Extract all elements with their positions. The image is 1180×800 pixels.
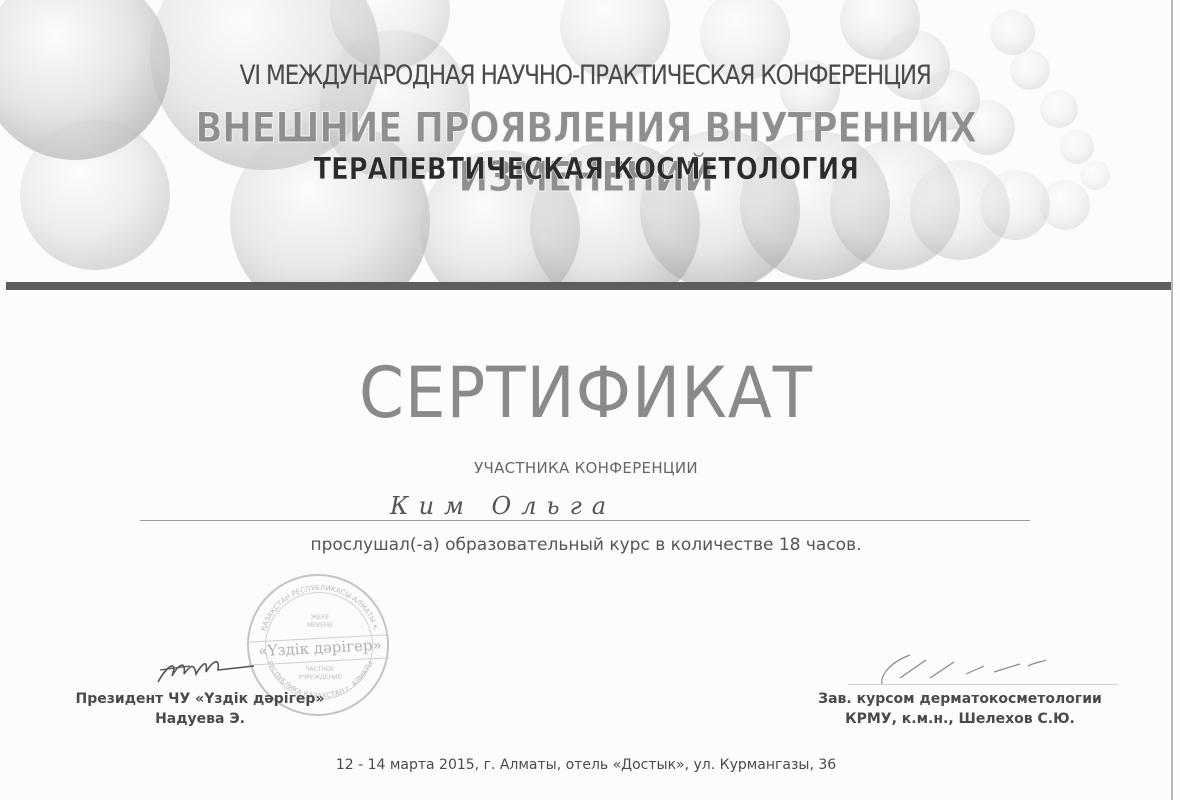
conference-subtitle: ТЕРАПЕВТИЧЕСКАЯ КОСМЕТОЛОГИЯ [82, 152, 1090, 187]
stamp-line1: ЖЕКЕ [249, 614, 391, 621]
stamp-line2: МЕКЕМЕ [249, 622, 391, 629]
certificate-title: СЕРТИФИКАТ [47, 352, 1125, 434]
president-signature-block: Президент ЧУ «Үздік дәрігер» Надуева Э. [70, 689, 330, 729]
conference-edition-line: VI МЕЖДУНАРОДНАЯ НАУЧНО-ПРАКТИЧЕСКАЯ КОН… [81, 60, 1089, 91]
course-head-name: КРМУ, к.м.н., Шелехов С.Ю. [800, 709, 1120, 729]
certificate-page: VI МЕЖДУНАРОДНАЯ НАУЧНО-ПРАКТИЧЕСКАЯ КОН… [0, 0, 1180, 800]
recipient-name-handwritten: Ким Ольга [390, 492, 616, 520]
certificate-subtitle: УЧАСТНИКА КОНФЕРЕНЦИИ [0, 459, 1172, 477]
stamp-line3: ЧАСТНОЕ [249, 666, 391, 673]
event-details: 12 - 14 марта 2015, г. Алматы, отель «До… [0, 757, 1172, 773]
course-head-title: Зав. курсом дерматокосметологии [800, 689, 1120, 709]
header-divider-bar [6, 282, 1172, 290]
course-description: прослушал(-а) образовательный курс в кол… [0, 535, 1172, 555]
name-underline [140, 520, 1030, 521]
course-head-signature-block: Зав. курсом дерматокосметологии КРМУ, к.… [800, 689, 1120, 729]
signature-line-right [848, 684, 1118, 685]
stamp-line4: УЧРЕЖДЕНИЕ [249, 674, 391, 681]
president-signature [150, 652, 260, 687]
president-title: Президент ЧУ «Үздік дәрігер» [70, 689, 330, 709]
president-name: Надуева Э. [70, 709, 330, 729]
page-edge-line [1171, 0, 1173, 800]
